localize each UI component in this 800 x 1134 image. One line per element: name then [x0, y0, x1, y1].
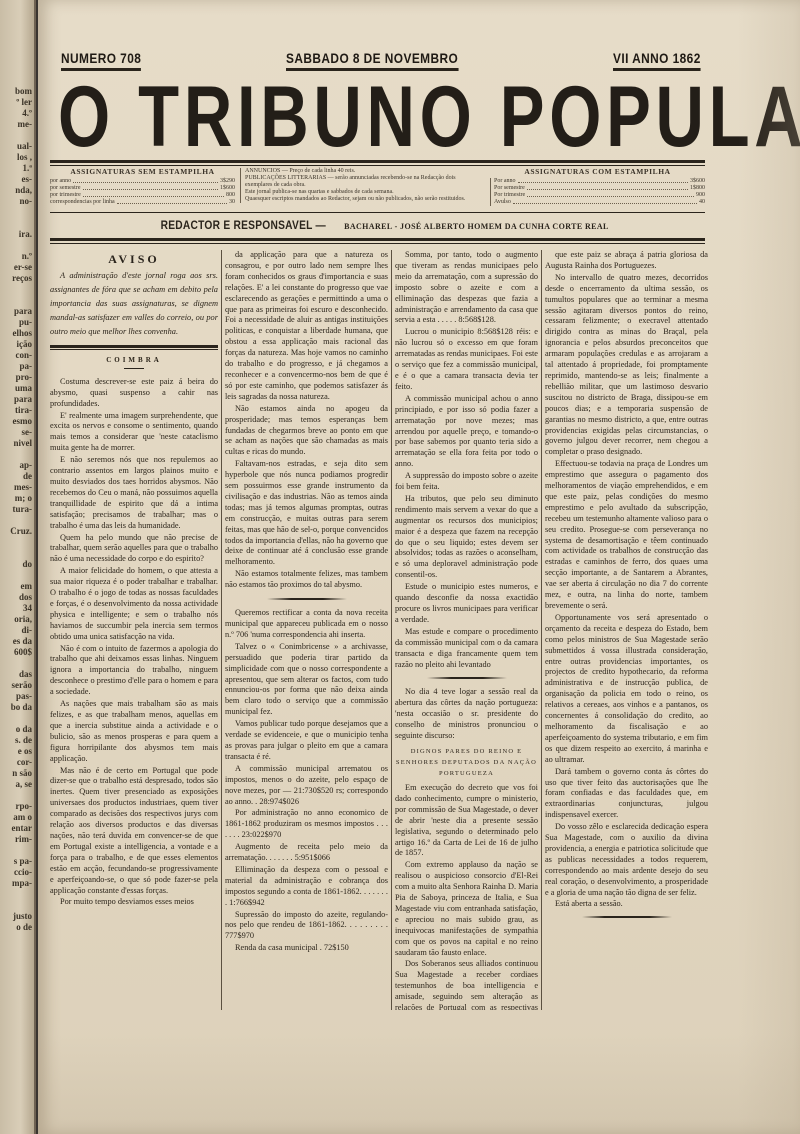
subscriptions-without-stamp-title: ASSIGNATURAS SEM ESTAMPILHA	[50, 168, 235, 175]
price-row: por semestre1$600	[50, 185, 235, 192]
paragraph: Está aberta a sessão.	[545, 899, 708, 910]
text-fragment: pa-	[0, 361, 34, 372]
editor-name: BACHAREL - JOSÉ ALBERTO HOMEM DA CUNHA C…	[344, 222, 609, 231]
text-fragment: n são	[0, 768, 34, 779]
text-fragment: ccio-	[0, 867, 34, 878]
paragraph: Dos Soberanos seus alliados continuou Su…	[395, 959, 538, 1010]
throne-speech-continued: que este paiz se abraça á patria glorios…	[545, 250, 708, 910]
text-fragment: pas-	[0, 691, 34, 702]
text-fragment	[0, 845, 34, 856]
text-fragment: º ler	[0, 97, 34, 108]
paragraph: Effectuou-se todavia na praça de Londres…	[545, 459, 708, 612]
paragraph: Em execução do decreto que vos foi dado …	[395, 783, 538, 859]
publication-schedule: Este jornal publica-se nas quartas e sab…	[245, 189, 480, 196]
section-rule	[50, 345, 218, 348]
paragraph: Queremos rectificar a conta da nova rece…	[225, 608, 388, 641]
issue-number: NUMERO 708	[61, 50, 141, 71]
text-fragment: reços	[0, 273, 34, 284]
editor-line: REDACTOR E RESPONSAVEL — BACHAREL - JOSÉ…	[50, 218, 705, 233]
text-fragment: me-	[0, 119, 34, 130]
subscriptions-with-stamp-title: ASSIGNATURAS COM ESTAMPILHA	[490, 168, 705, 175]
article-municipal-accounts: Queremos rectificar a conta da nova rece…	[225, 608, 388, 954]
paragraph: Não estamos totalmente felizes, mas tamb…	[225, 569, 388, 591]
paragraph: Por administração no anno economico de 1…	[225, 808, 388, 841]
text-fragment: justo	[0, 911, 34, 922]
text-fragment: de	[0, 471, 34, 482]
text-fragment: oria,	[0, 614, 34, 625]
throne-speech: Em execução do decreto que vos foi dado …	[395, 783, 538, 1010]
paragraph: E não seremos nós que nos repulemos ao c…	[50, 455, 218, 531]
paragraph: que este paiz se abraça á patria glorios…	[545, 250, 708, 272]
section-title-coimbra: COIMBRA	[50, 355, 218, 366]
text-fragment	[0, 240, 34, 251]
article-municipal-accounts-continued: Somma, por tanto, todo o augmento que ti…	[395, 250, 538, 670]
text-fragment: cor-	[0, 757, 34, 768]
text-fragment: uma	[0, 383, 34, 394]
paragraph: Faltavam-nos estradas, e seja dito sem h…	[225, 459, 388, 568]
text-fragment: di-	[0, 625, 34, 636]
text-fragment: nivel	[0, 438, 34, 449]
text-fragment	[0, 889, 34, 900]
text-fragment: bom	[0, 86, 34, 97]
newspaper-page: NUMERO 708 SABBADO 8 DE NOVEMBRO VII ANN…	[38, 0, 800, 1134]
paragraph: Do vosso zêlo e esclarecida dedicação es…	[545, 822, 708, 898]
text-fragment: ap-	[0, 460, 34, 471]
text-fragment: tura-	[0, 504, 34, 515]
text-fragment	[0, 713, 34, 724]
text-fragment: Cruz.	[0, 526, 34, 537]
paragraph: No intervallo de quatro mezes, decorrido…	[545, 273, 708, 458]
subscriptions-without-stamp: ASSIGNATURAS SEM ESTAMPILHA por anno3$29…	[50, 168, 235, 206]
text-fragment	[0, 130, 34, 141]
page-margin	[738, 0, 800, 1134]
notice-body: A administração d'este jornal roga aos s…	[50, 269, 218, 339]
text-fragment: o da	[0, 724, 34, 735]
text-fragment: mpa-	[0, 878, 34, 889]
paragraph: Por muito tempo desviamos esses meios	[50, 897, 218, 908]
text-fragment: no-	[0, 196, 34, 207]
article-columns: AVISO A administração d'este jornal roga…	[50, 250, 722, 1010]
text-fragment: para	[0, 394, 34, 405]
text-fragment: es da	[0, 636, 34, 647]
text-fragment	[0, 658, 34, 669]
paragraph: A commissão municipal achou o anno princ…	[395, 394, 538, 470]
paragraph: Estude o municipio estes numeros, e quan…	[395, 582, 538, 626]
article-session-opening: No dia 4 teve logar a sessão real da abe…	[395, 687, 538, 742]
divider	[50, 238, 705, 241]
page-bottom	[38, 1034, 800, 1134]
masthead-rule-thin	[50, 165, 705, 166]
editor-label: REDACTOR E RESPONSAVEL —	[161, 218, 326, 232]
text-fragment	[0, 295, 34, 306]
paragraph: Costuma descrever-se este paiz á beira d…	[50, 377, 218, 410]
text-fragment: e os	[0, 746, 34, 757]
text-fragment: o de	[0, 922, 34, 933]
paragraph: No dia 4 teve logar a sessão real da abe…	[395, 687, 538, 742]
ornament-end	[582, 916, 672, 918]
text-fragment: 600$	[0, 647, 34, 658]
text-fragment: do	[0, 559, 34, 570]
text-fragment: mes-	[0, 482, 34, 493]
ornament-rule	[427, 677, 507, 679]
text-fragment	[0, 207, 34, 218]
text-fragment: esmo	[0, 416, 34, 427]
literary-publications: PUBLICAÇÕES LITTERARIAS — serão annuncia…	[245, 175, 480, 189]
article-coimbra-continued: da applicação para que a natureza os con…	[225, 250, 388, 591]
paragraph: Dará tambem o governo conta ás côrtes do…	[545, 767, 708, 822]
text-fragment	[0, 449, 34, 460]
column-rule	[221, 250, 222, 1010]
text-fragment: tira-	[0, 405, 34, 416]
paragraph: A maior felicidade do homem, o que attes…	[50, 566, 218, 642]
text-fragment: serão	[0, 680, 34, 691]
price-row: Avulso40	[494, 199, 705, 206]
paragraph: Mas estude e compare o procedimento da c…	[395, 627, 538, 671]
text-fragment: rpo-	[0, 801, 34, 812]
advertising-notice: ANNUNCIOS — Preço de cada linha 40 reis.…	[240, 168, 480, 203]
text-fragment: bo da	[0, 702, 34, 713]
paragraph: A commissão municipal arrematou os impos…	[225, 764, 388, 808]
text-fragment: para	[0, 306, 34, 317]
paragraph: Elliminação da despeza com o pessoal e m…	[225, 865, 388, 909]
text-fragment: er-se	[0, 262, 34, 273]
column-2: da applicação para que a natureza os con…	[225, 250, 388, 1010]
issue-year: VII ANNO 1862	[613, 50, 701, 71]
text-fragment: 34	[0, 603, 34, 614]
text-fragment: elhos	[0, 328, 34, 339]
paragraph: Não é com o intuito de fazermos a apolog…	[50, 644, 218, 699]
text-fragment: ira.	[0, 229, 34, 240]
ornament-dash	[124, 368, 144, 369]
paragraph: Augmento de receita pelo meio da arremat…	[225, 842, 388, 864]
subscription-info: ASSIGNATURAS SEM ESTAMPILHA por anno3$29…	[50, 168, 705, 210]
text-fragment: das	[0, 669, 34, 680]
text-fragment: entar	[0, 823, 34, 834]
text-fragment: rim-	[0, 834, 34, 845]
manuscripts-policy: Quaesquer escriptos mandados ao Redactor…	[245, 196, 480, 203]
text-fragment	[0, 515, 34, 526]
paragraph: E' realmente uma imagem surprehendente, …	[50, 411, 218, 455]
text-fragment	[0, 284, 34, 295]
text-fragment: m; o	[0, 493, 34, 504]
paragraph: A suppressão do imposto sobre o azeite f…	[395, 471, 538, 493]
masthead-title: O TRIBUNO POPULAR	[58, 78, 573, 156]
text-fragment: s. de	[0, 735, 34, 746]
text-fragment: s pa-	[0, 856, 34, 867]
subscriptions-with-stamp: ASSIGNATURAS COM ESTAMPILHA Por anno3$60…	[490, 168, 705, 206]
text-fragment: ição	[0, 339, 34, 350]
text-fragment	[0, 218, 34, 229]
ornament-rule	[267, 598, 347, 600]
text-fragment: nda,	[0, 185, 34, 196]
price-row: correspondencias por linha30	[50, 199, 235, 206]
price-row: por anno3$290	[50, 178, 235, 185]
text-fragment: 1.ª	[0, 163, 34, 174]
text-fragment	[0, 537, 34, 548]
text-fragment: am o	[0, 812, 34, 823]
price-row: Por semestre1$800	[494, 185, 705, 192]
text-fragment: es-	[0, 174, 34, 185]
column-rule	[391, 250, 392, 1010]
paragraph: Talvez o « Conimbricense » a archivasse,…	[225, 642, 388, 718]
notice-title: AVISO	[50, 254, 218, 265]
text-fragment: em	[0, 581, 34, 592]
adjacent-page-fragment: bomº ler4.ºme- ual-los ,1.ªes-nda,no- ir…	[0, 0, 36, 1134]
paragraph: Não estamos ainda no apogeu da prosperid…	[225, 404, 388, 459]
paragraph: Quem ha pelo mundo que não precise de tr…	[50, 533, 218, 566]
paragraph: Vamos publicar tudo porque desejamos que…	[225, 719, 388, 763]
text-fragment: los ,	[0, 152, 34, 163]
text-fragment: pu-	[0, 317, 34, 328]
paragraph: Opportunamente vos será apresentado o or…	[545, 613, 708, 766]
text-fragment: ual-	[0, 141, 34, 152]
text-fragment: dos	[0, 592, 34, 603]
text-fragment: 4.º	[0, 108, 34, 119]
paragraph: Somma, por tanto, todo o augmento que ti…	[395, 250, 538, 326]
paragraph: Supressão do imposto do azeite, reguland…	[225, 910, 388, 943]
divider-thin	[50, 243, 705, 244]
column-4: que este paiz se abraça á patria glorios…	[545, 250, 708, 1010]
text-fragment: pro-	[0, 372, 34, 383]
masthead-rule	[50, 160, 705, 163]
text-fragment	[0, 900, 34, 911]
column-rule	[541, 250, 542, 1010]
price-row: Por anno3$600	[494, 178, 705, 185]
text-fragment: n.º	[0, 251, 34, 262]
paragraph: Com extremo applauso da nação se realiso…	[395, 860, 538, 958]
paragraph: Renda da casa municipal . 72$150	[225, 943, 388, 954]
paragraph: Lucrou o municipio 8:568$128 réis: e não…	[395, 327, 538, 392]
issue-date: SABBADO 8 DE NOVEMBRO	[286, 50, 458, 71]
article-coimbra: Costuma descrever-se este paiz á beira d…	[50, 377, 218, 909]
paragraph: da applicação para que a natureza os con…	[225, 250, 388, 403]
paragraph: As nações que mais trabalham são as mais…	[50, 699, 218, 764]
column-1: AVISO A administração d'este jornal roga…	[50, 250, 218, 1010]
paragraph: Mas não é de certo em Portugal que pode …	[50, 766, 218, 897]
text-fragment: a, se	[0, 779, 34, 790]
ads-price: ANNUNCIOS — Preço de cada linha 40 reis.	[245, 168, 480, 175]
speech-heading: DIGNOS PARES DO REINO E SENHORES DEPUTAD…	[395, 746, 538, 779]
text-fragment	[0, 548, 34, 559]
text-fragment: se-	[0, 427, 34, 438]
text-fragment: con-	[0, 350, 34, 361]
text-fragment	[0, 570, 34, 581]
column-3: Somma, por tanto, todo o augmento que ti…	[395, 250, 538, 1010]
price-row: Por trimestre900	[494, 192, 705, 199]
paragraph: Ha tributos, que pelo seu diminuto rendi…	[395, 494, 538, 581]
section-rule-thin	[50, 349, 218, 350]
divider	[50, 212, 705, 213]
text-fragment	[0, 790, 34, 801]
price-row: por trimestre800	[50, 192, 235, 199]
